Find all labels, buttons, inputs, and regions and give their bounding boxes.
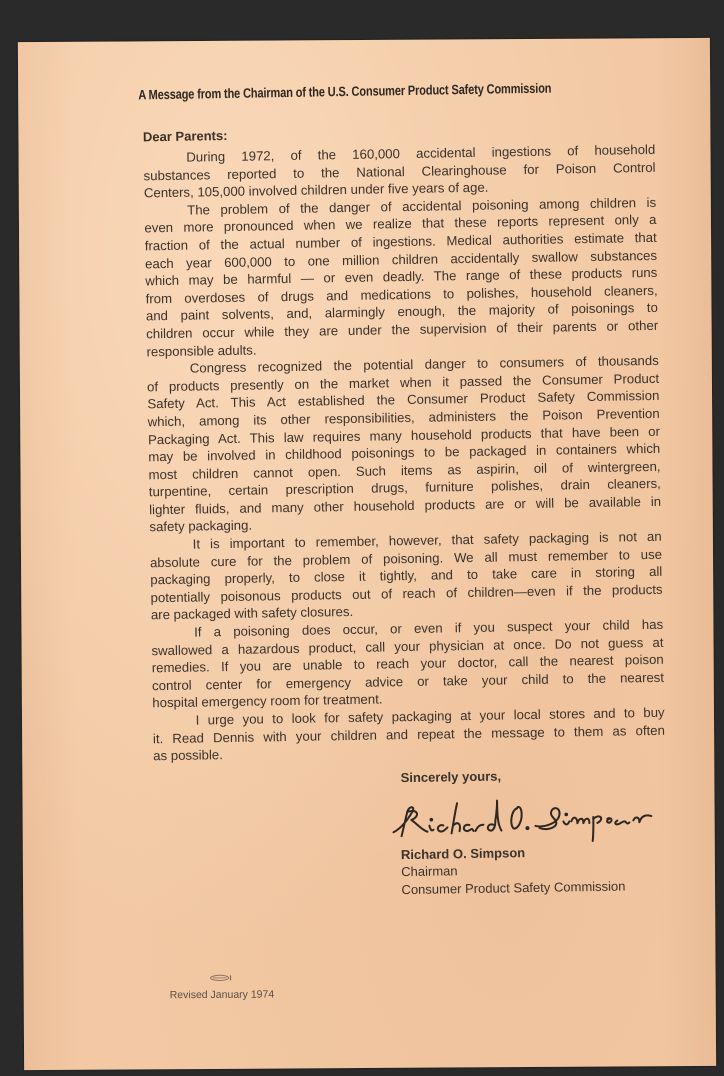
signer-block: Richard O. Simpson Chairman Consumer Pro…: [401, 842, 668, 899]
closing: Sincerely yours,: [400, 766, 665, 790]
printer-mark-icon: [210, 974, 234, 982]
paragraph: The problem of the danger of accidental …: [144, 194, 659, 361]
signature-image: [387, 794, 658, 846]
paragraph: It is important to remember, however, th…: [150, 528, 663, 624]
letter-body: A Message from the Chairman of the U.S. …: [142, 79, 667, 903]
paragraph: If a poisoning does occur, or even if yo…: [151, 616, 664, 712]
paragraphs: During 1972, of the 160,000 accidental i…: [143, 141, 665, 765]
paragraph: During 1972, of the 160,000 accidental i…: [143, 141, 656, 202]
paragraph: I urge you to look for safety packaging …: [153, 704, 666, 765]
document-page: A Message from the Chairman of the U.S. …: [18, 38, 716, 1070]
signer-organization: Consumer Product Safety Commission: [401, 877, 667, 899]
letter-title: A Message from the Chairman of the U.S. …: [138, 80, 561, 107]
handwritten-signature-icon: [387, 794, 658, 846]
revision-note: Revised January 1974: [170, 989, 275, 1002]
paragraph: Congress recognized the potential danger…: [147, 352, 662, 536]
